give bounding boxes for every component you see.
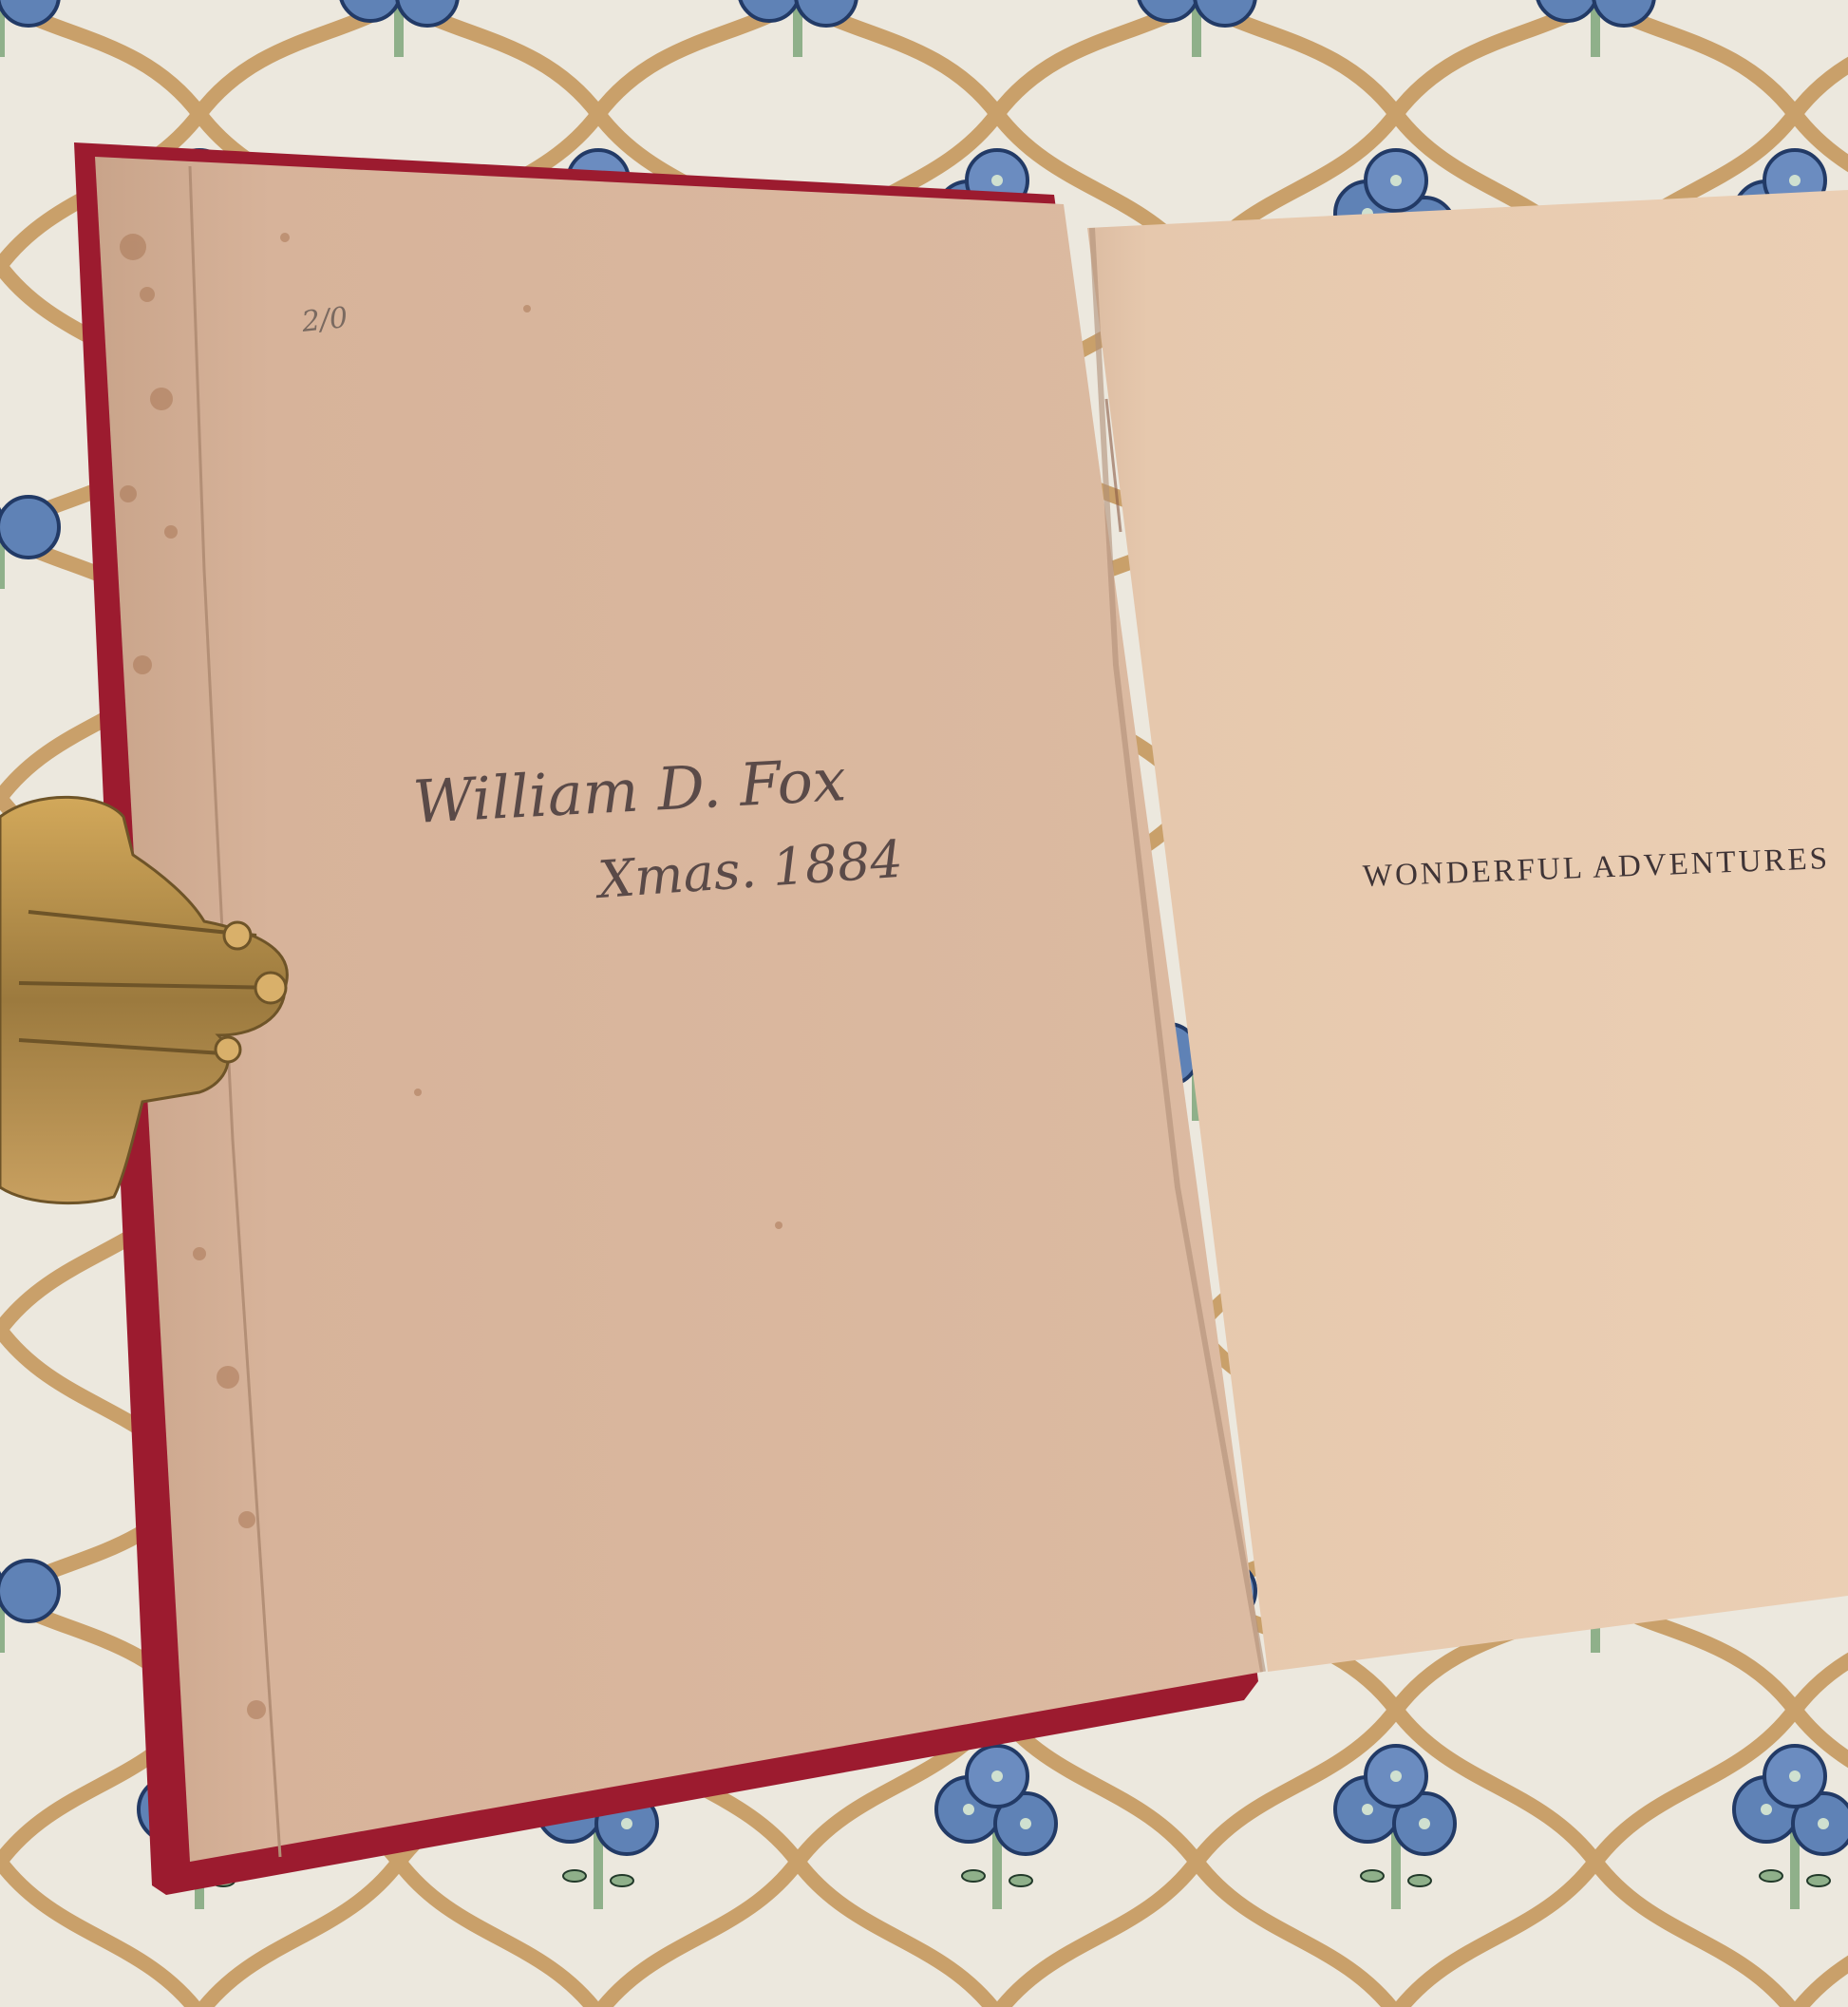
pencil-price-note: 2/0 <box>300 301 349 339</box>
open-book <box>0 0 1848 2007</box>
